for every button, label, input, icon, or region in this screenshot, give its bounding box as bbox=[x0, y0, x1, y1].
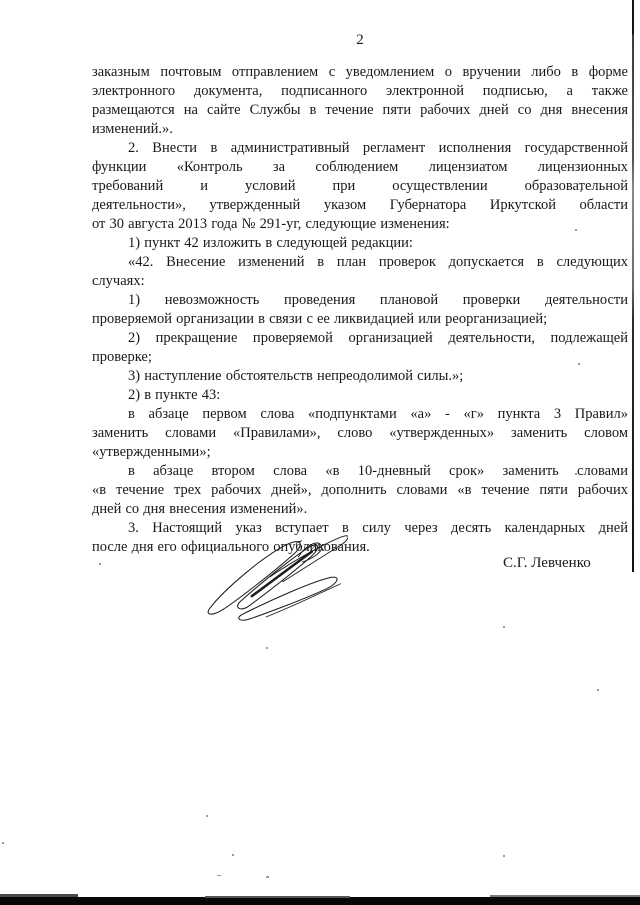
text-line: в абзаце втором слова «в 10-дневный срок… bbox=[92, 462, 628, 481]
text-line: дней со дня внесения изменений». bbox=[92, 500, 628, 519]
paragraph: 2. Внести в административный регламент и… bbox=[92, 139, 628, 234]
paragraph: 2) прекращение проверяемой организацией … bbox=[92, 329, 628, 367]
text-line: проверке; bbox=[92, 348, 628, 367]
handwritten-signature-icon bbox=[198, 529, 348, 624]
text-line: изменений.». bbox=[92, 120, 628, 139]
text-line: случаях: bbox=[92, 272, 628, 291]
text-line: 1) невозможность проведения плановой про… bbox=[92, 291, 628, 310]
text-line: 2) в пункте 43: bbox=[92, 386, 628, 405]
page-number: 2 bbox=[92, 31, 628, 50]
scan-speckle bbox=[99, 563, 101, 565]
text-line: 1) пункт 42 изложить в следующей редакци… bbox=[92, 234, 628, 253]
text-line: 3) наступление обстоятельств непреодолим… bbox=[92, 367, 628, 386]
document-page: 2 заказным почтовым отправлением с уведо… bbox=[0, 0, 640, 905]
scan-speckle bbox=[2, 842, 4, 844]
scan-speckle bbox=[580, 190, 582, 192]
paragraph: 3) наступление обстоятельств непреодолим… bbox=[92, 367, 628, 386]
text-line: «утвержденными»; bbox=[92, 443, 628, 462]
scan-speckle bbox=[232, 854, 234, 856]
scan-speckle bbox=[266, 876, 269, 878]
text-line: требований и условий при осуществлении о… bbox=[92, 177, 628, 196]
text-line: «в течение трех рабочих дней», дополнить… bbox=[92, 481, 628, 500]
text-line: проверяемой организации в связи с ее лик… bbox=[92, 310, 628, 329]
scan-speckle bbox=[217, 875, 221, 876]
paragraph: заказным почтовым отправлением с уведомл… bbox=[92, 63, 628, 139]
signatory-name: С.Г. Левченко bbox=[503, 554, 591, 573]
paragraph: «42. Внесение изменений в план проверок … bbox=[92, 253, 628, 291]
text-line: в абзаце первом слова «подпунктами «а» -… bbox=[92, 405, 628, 424]
paragraph: 2) в пункте 43: bbox=[92, 386, 628, 405]
text-line: 3. Настоящий указ вступает в силу через … bbox=[92, 519, 628, 538]
paragraph: в абзаце втором слова «в 10-дневный срок… bbox=[92, 462, 628, 519]
scan-edge-line bbox=[632, 0, 634, 572]
scan-speckle bbox=[206, 815, 208, 817]
paragraph: 1) невозможность проведения плановой про… bbox=[92, 291, 628, 329]
body-text: заказным почтовым отправлением с уведомл… bbox=[92, 63, 628, 557]
text-line: 2) прекращение проверяемой организацией … bbox=[92, 329, 628, 348]
scan-bottom-bar-segment bbox=[205, 896, 350, 898]
scan-speckle bbox=[266, 647, 268, 649]
text-line: заменить словами «Правилами», слово «утв… bbox=[92, 424, 628, 443]
text-line: размещаются на сайте Службы в течение пя… bbox=[92, 101, 628, 120]
paragraph: 3. Настоящий указ вступает в силу через … bbox=[92, 519, 628, 557]
text-line: 2. Внести в административный регламент и… bbox=[92, 139, 628, 158]
text-line: от 30 августа 2013 года № 291-уг, следую… bbox=[92, 215, 628, 234]
scan-bottom-bar bbox=[0, 897, 640, 905]
scan-speckle bbox=[575, 229, 577, 231]
signature-block bbox=[198, 529, 348, 624]
scan-speckle bbox=[575, 473, 577, 475]
text-line: функции «Контроль за соблюдением лицензи… bbox=[92, 158, 628, 177]
text-line: «42. Внесение изменений в план проверок … bbox=[92, 253, 628, 272]
text-line: заказным почтовым отправлением с уведомл… bbox=[92, 63, 628, 82]
text-line: электронного документа, подписанного эле… bbox=[92, 82, 628, 101]
paragraph: в абзаце первом слова «подпунктами «а» -… bbox=[92, 405, 628, 462]
paragraph: 1) пункт 42 изложить в следующей редакци… bbox=[92, 234, 628, 253]
scan-speckle bbox=[597, 689, 599, 691]
scan-speckle bbox=[503, 855, 505, 857]
scan-speckle bbox=[578, 363, 580, 365]
text-line: деятельности», утвержденный указом Губер… bbox=[92, 196, 628, 215]
scan-speckle bbox=[503, 626, 505, 628]
